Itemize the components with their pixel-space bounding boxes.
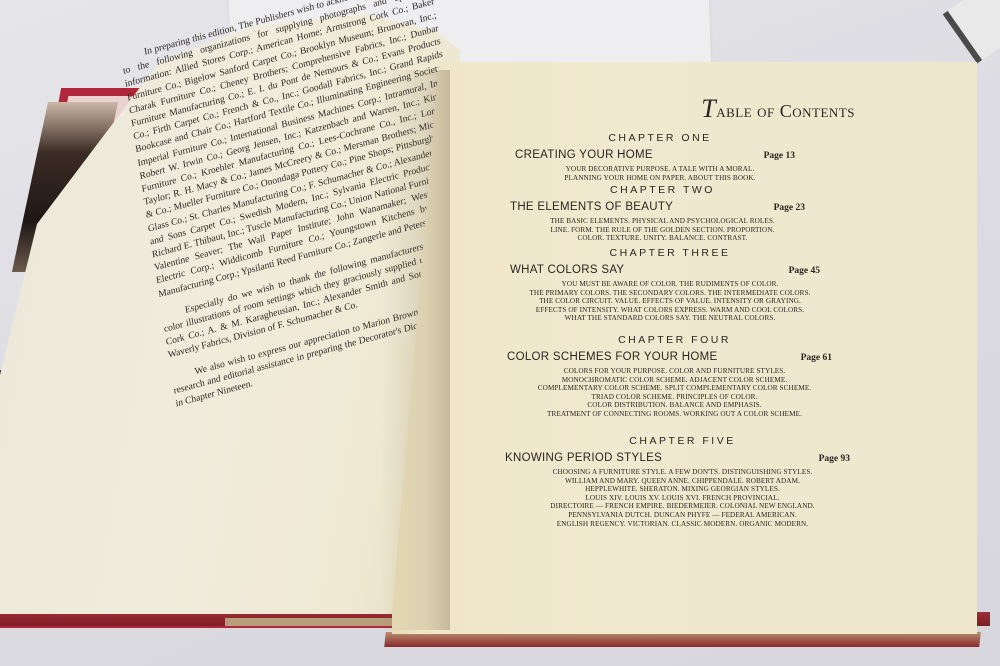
chapter-title: COLOR SCHEMES FOR YOUR HOME (507, 351, 717, 363)
book-cover-right-edge (384, 632, 981, 647)
topic-line: YOUR DECORATIVE PURPOSE. A TALE WITH A M… (515, 165, 805, 174)
chapter-topics: YOUR DECORATIVE PURPOSE. A TALE WITH A M… (515, 165, 805, 182)
topic-line: PLANNING YOUR HOME ON PAPER. ABOUT THIS … (515, 174, 805, 183)
chapter-topics: COLORS FOR YOUR PURPOSE. COLOR AND FURNI… (507, 367, 842, 419)
topic-line: EFFECTS OF INTENSITY. WHAT COLORS EXPRES… (510, 306, 830, 315)
toc-title-rest: able of Contents (716, 101, 855, 121)
chapter-topics: CHOOSING A FURNITURE STYLE. A FEW DON'TS… (505, 468, 860, 528)
topic-line: WHAT THE STANDARD COLORS SAY. THE NEUTRA… (510, 314, 830, 323)
chapter-label: CHAPTER ONE (515, 132, 805, 144)
topic-line: HEPPLEWHITE. SHERATON. MIXING GEORGIAN S… (505, 485, 860, 494)
topic-line: WILLIAM AND MARY. QUEEN ANNE. CHIPPENDAL… (505, 477, 860, 486)
chapter-entry: CHAPTER THREE WHAT COLORS SAY Page 45 YO… (510, 247, 830, 323)
page-block-edge (225, 618, 395, 626)
topic-line: PENNSYLVANIA DUTCH. DUNCAN PHYFE — FEDER… (505, 511, 860, 520)
chapter-label: CHAPTER FOUR (507, 334, 842, 346)
topic-line: MONOCHROMATIC COLOR SCHEME. ADJACENT COL… (507, 376, 842, 385)
topic-line: LOUIS XIV. LOUIS XV. LOUIS XVI. FRENCH P… (505, 494, 860, 503)
topic-line: COMPLEMENTARY COLOR SCHEME. SPLIT COMPLE… (507, 384, 842, 393)
topic-line: LINE. FORM. THE RULE OF THE GOLDEN SECTI… (510, 226, 815, 235)
toc-title: Table of Contents (515, 94, 855, 124)
topic-line: COLOR DISTRIBUTION. BALANCE AND EMPHASIS… (507, 401, 842, 410)
chapter-page: Page 93 (819, 454, 850, 464)
toc-title-initial: T (701, 94, 716, 123)
chapter-title: KNOWING PERIOD STYLES (505, 452, 662, 464)
topic-line: THE COLOR CIRCUIT. VALUE. EFFECTS OF VAL… (510, 297, 830, 306)
topic-line: THE BASIC ELEMENTS. PHYSICAL AND PSYCHOL… (510, 217, 815, 226)
topic-line: CHOOSING A FURNITURE STYLE. A FEW DON'TS… (505, 468, 860, 477)
topic-line: THE PRIMARY COLORS. THE SECONDARY COLORS… (510, 289, 830, 298)
table-of-contents: Table of Contents CHAPTER ONE CREATING Y… (515, 94, 865, 140)
chapter-label: CHAPTER THREE (510, 247, 830, 259)
chapter-title: THE ELEMENTS OF BEAUTY (510, 201, 673, 213)
topic-line: DIRECTOIRE — FRENCH EMPIRE. BIEDERMEIER.… (505, 502, 860, 511)
topic-line: TRIAD COLOR SCHEME. PRINCIPLES OF COLOR. (507, 393, 842, 402)
chapter-label: CHAPTER FIVE (505, 435, 860, 447)
chapter-page: Page 23 (774, 203, 805, 213)
chapter-page: Page 45 (789, 266, 820, 276)
chapter-entry: CHAPTER ONE CREATING YOUR HOME Page 13 Y… (515, 132, 805, 182)
chapter-page: Page 13 (764, 151, 795, 161)
book-gutter-shadow (380, 70, 450, 630)
topic-line: ENGLISH REGENCY. VICTORIAN. CLASSIC MODE… (505, 520, 860, 529)
chapter-entry: CHAPTER FOUR COLOR SCHEMES FOR YOUR HOME… (507, 334, 842, 419)
topic-line: TREATMENT OF CONNECTING ROOMS. WORKING O… (507, 410, 842, 419)
topic-line: COLORS FOR YOUR PURPOSE. COLOR AND FURNI… (507, 367, 842, 376)
topic-line: COLOR. TEXTURE. UNITY. BALANCE. CONTRAST… (510, 234, 815, 243)
chapter-entry: CHAPTER FIVE KNOWING PERIOD STYLES Page … (505, 435, 860, 528)
chapter-entry: CHAPTER TWO THE ELEMENTS OF BEAUTY Page … (510, 184, 815, 243)
chapter-topics: THE BASIC ELEMENTS. PHYSICAL AND PSYCHOL… (510, 217, 815, 243)
chapter-topics: YOU MUST BE AWARE OF COLOR. THE RUDIMENT… (510, 280, 830, 323)
chapter-label: CHAPTER TWO (510, 184, 815, 196)
chapter-page: Page 61 (801, 353, 832, 363)
chapter-title: WHAT COLORS SAY (510, 264, 624, 276)
chapter-title: CREATING YOUR HOME (515, 149, 653, 161)
topic-line: YOU MUST BE AWARE OF COLOR. THE RUDIMENT… (510, 280, 830, 289)
